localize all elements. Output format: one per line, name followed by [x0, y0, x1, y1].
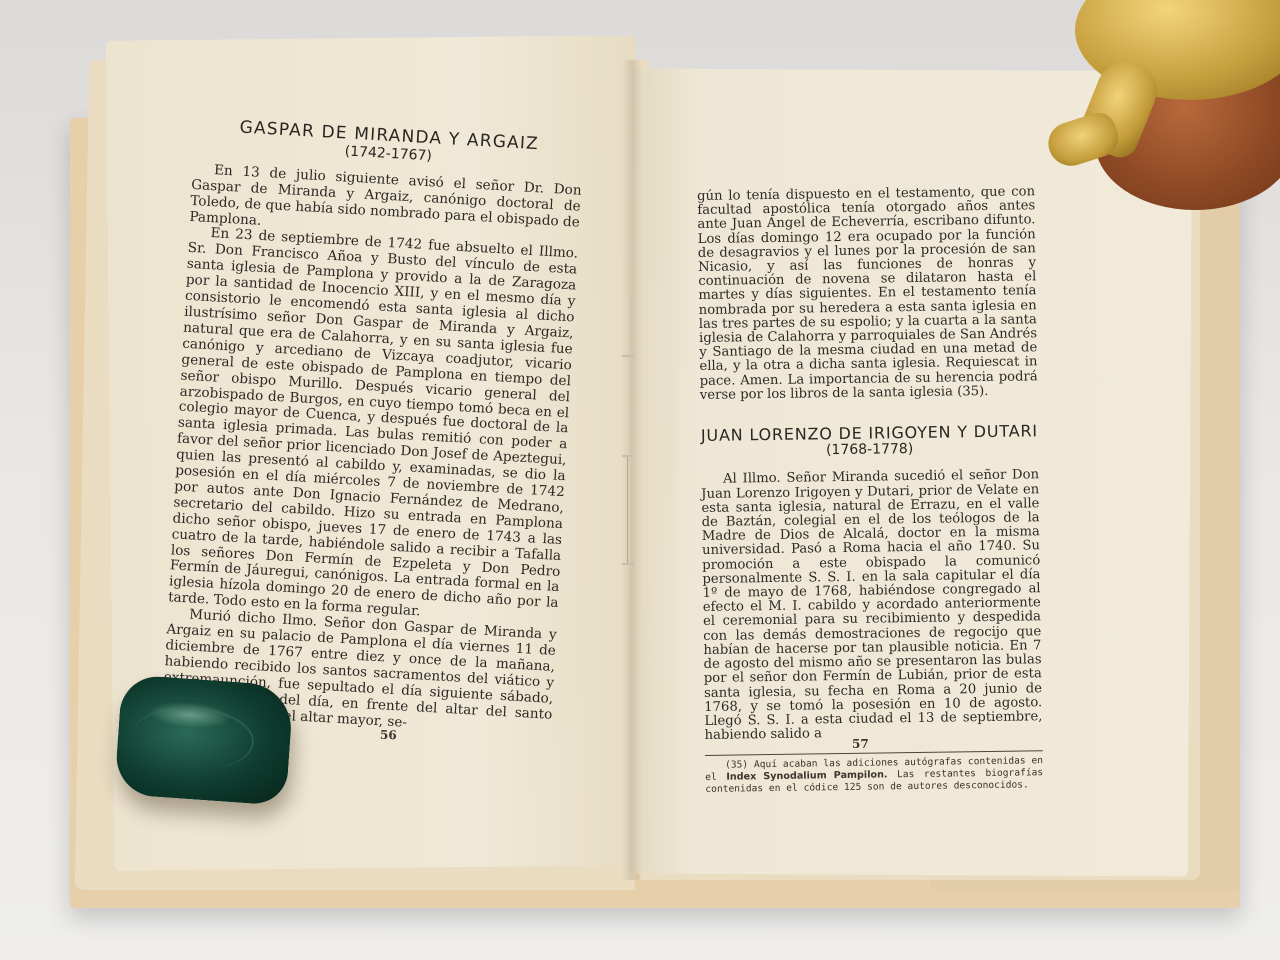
binding-stitch-bottom	[622, 563, 634, 565]
left-page-text: GASPAR DE MIRANDA Y ARGAIZ (1742-1767) E…	[161, 118, 584, 739]
section-heading: JUAN LORENZO DE IRIGOYEN Y DUTARI (1768-…	[700, 424, 1038, 459]
paragraph: gún lo tenía dispuesto en el testamento,…	[697, 185, 1038, 403]
malachite-stone	[114, 674, 294, 806]
binding-stitch-mid	[622, 455, 634, 457]
paragraph: Al Illmo. Señor Miranda sucedió el señor…	[701, 469, 1043, 744]
malachite-band	[130, 703, 256, 773]
page-number-left: 56	[380, 728, 397, 743]
binding-thread	[627, 455, 628, 563]
paragraph: En 23 de septiembre de 1742 fue absuelto…	[168, 225, 579, 628]
right-page-text: gún lo tenía dispuesto en el testamento,…	[697, 185, 1043, 796]
footnote: (35) Aquí acaban las adiciones autógrafa…	[705, 756, 1043, 797]
footnote-marker: (35)	[725, 760, 748, 771]
right-page-title: JUAN LORENZO DE IRIGOYEN Y DUTARI	[700, 424, 1038, 443]
page-number-right: 57	[852, 737, 869, 751]
book-gutter	[622, 60, 642, 880]
binding-stitch-top	[622, 355, 634, 357]
